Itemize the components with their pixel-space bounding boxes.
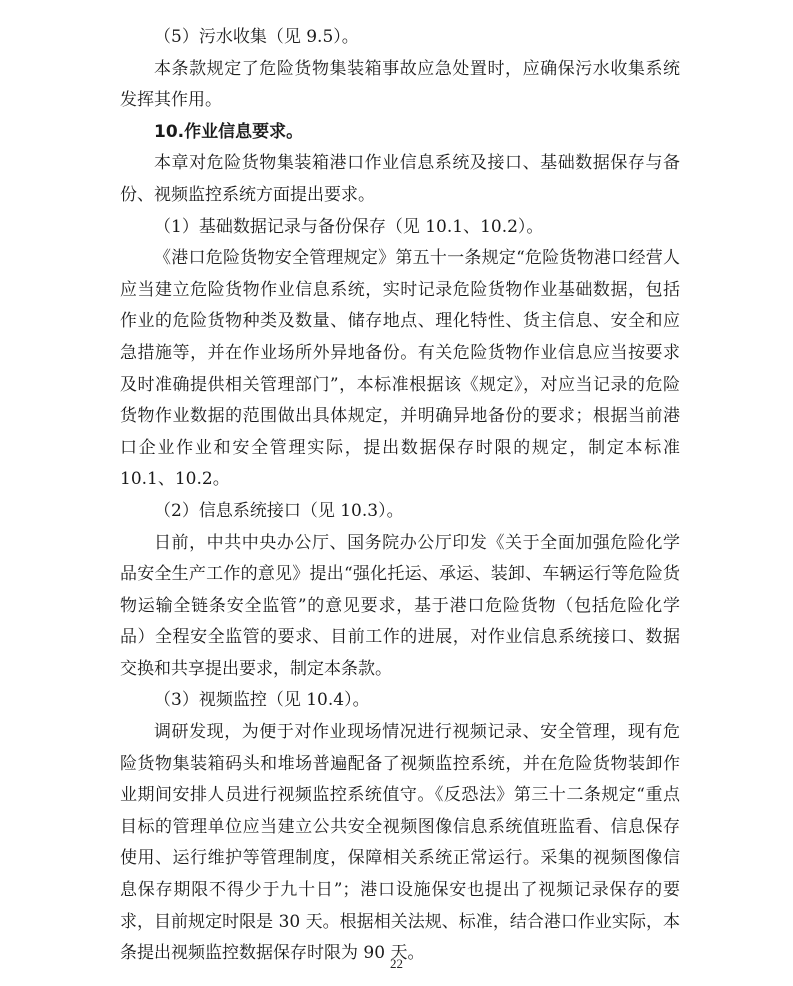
list-item-sewage-collection: （5）污水收集（见 9.5）。	[120, 22, 680, 54]
paragraph: 本章对危险货物集装箱港口作业信息系统及接口、基础数据保存与备份、视频监控系统方面…	[120, 148, 680, 211]
section-heading: 10.作业信息要求。	[120, 117, 680, 149]
paragraph: 《港口危险货物安全管理规定》第五十一条规定“危险货物港口经营人应当建立危险货物作…	[120, 243, 680, 496]
paragraph: 本条款规定了危险货物集装箱事故应急处置时，应确保污水收集系统发挥其作用。	[120, 54, 680, 117]
document-page: （5）污水收集（见 9.5）。 本条款规定了危险货物集装箱事故应急处置时，应确保…	[120, 22, 680, 970]
list-item-data-backup: （1）基础数据记录与备份保存（见 10.1、10.2）。	[120, 212, 680, 244]
paragraph: 调研发现，为便于对作业现场情况进行视频记录、安全管理，现有危险货物集装箱码头和堆…	[120, 717, 680, 970]
paragraph: 日前，中共中央办公厅、国务院办公厅印发《关于全面加强危险化学品安全生产工作的意见…	[120, 528, 680, 686]
page-number: 22	[0, 956, 793, 972]
list-item-system-interface: （2）信息系统接口（见 10.3）。	[120, 496, 680, 528]
list-item-video-monitoring: （3）视频监控（见 10.4）。	[120, 685, 680, 717]
